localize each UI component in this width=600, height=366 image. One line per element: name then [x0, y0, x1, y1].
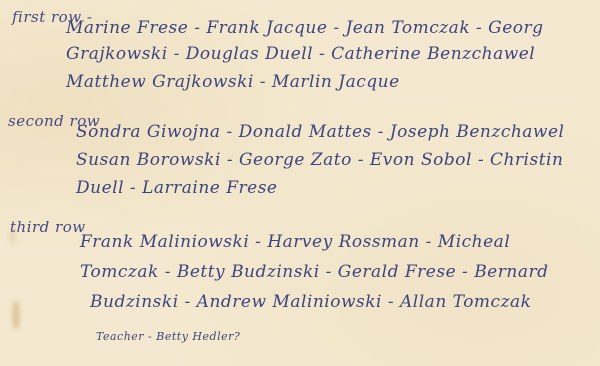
paper-stain: [12, 300, 20, 330]
name-line: Sondra Giwojna - Donald Mattes - Joseph …: [76, 122, 564, 142]
name-line: Grajkowski - Douglas Duell - Catherine B…: [66, 44, 535, 64]
row-label-third: third row: [10, 218, 86, 236]
name-line: Budzinski - Andrew Maliniowski - Allan T…: [90, 292, 531, 312]
name-line: Matthew Grajkowski - Marlin Jacque: [66, 72, 400, 92]
name-line: Susan Borowski - George Zato - Evon Sobo…: [76, 150, 563, 170]
teacher-note: Teacher - Betty Hedler?: [96, 330, 240, 343]
name-line: Frank Maliniowski - Harvey Rossman - Mic…: [80, 232, 510, 252]
name-line: Tomczak - Betty Budzinski - Gerald Frese…: [80, 262, 548, 282]
name-line: Duell - Larraine Frese: [76, 178, 278, 198]
name-line: Marine Frese - Frank Jacque - Jean Tomcz…: [66, 18, 544, 38]
